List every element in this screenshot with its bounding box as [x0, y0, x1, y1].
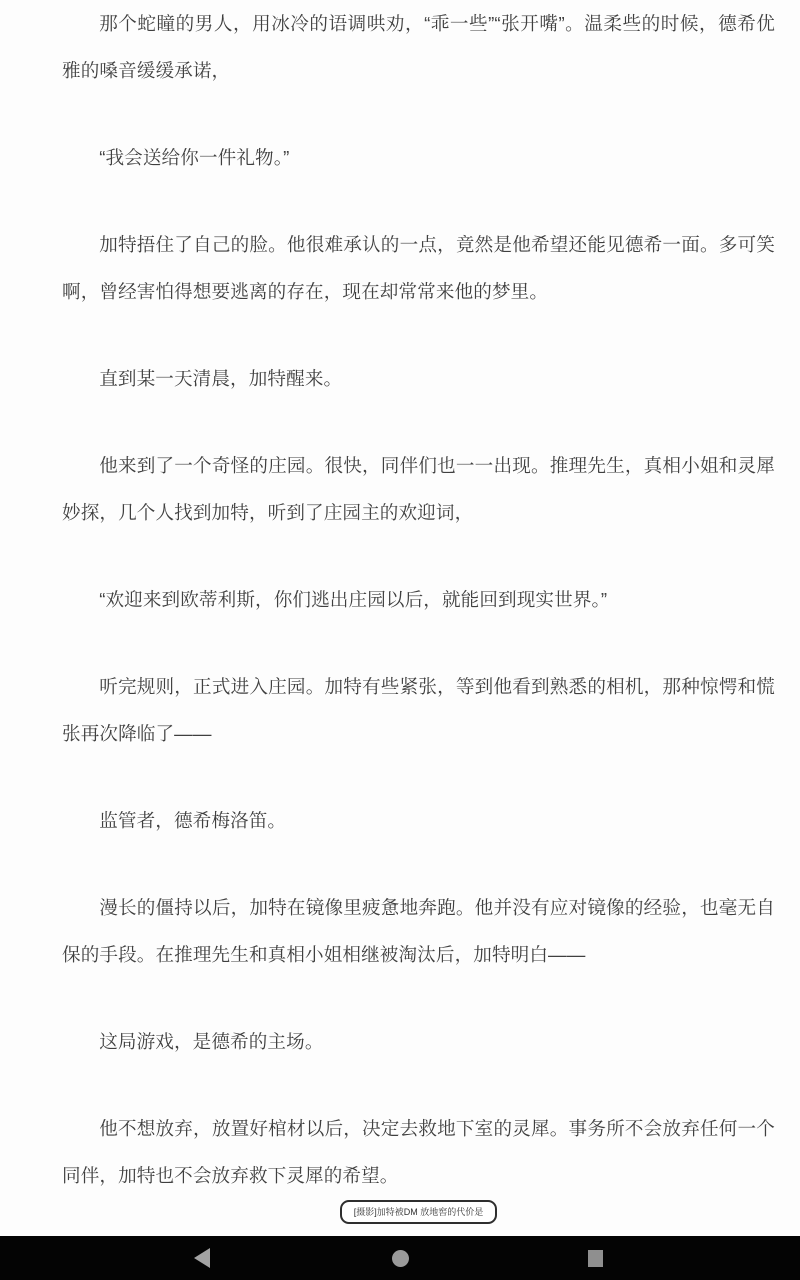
chapter-title-pill[interactable]: [摄影]加特被DM 放地窖的代价是 — [340, 1200, 498, 1224]
article-content: 那个蛇瞳的男人，用冰冷的语调哄劝，“乖一些”“张开嘴”。温柔些的时候，德希优雅的… — [0, 0, 800, 1199]
paragraph: 他不想放弃，放置好棺材以后，决定去救地下室的灵犀。事务所不会放弃任何一个同伴，加… — [62, 1105, 775, 1199]
home-circle-icon — [392, 1250, 409, 1267]
paragraph: 听完规则，正式进入庄园。加特有些紧张，等到他看到熟悉的相机，那种惊愕和慌张再次降… — [62, 663, 775, 757]
recents-square-icon — [588, 1250, 603, 1267]
paragraph: 直到某一天清晨，加特醒来。 — [62, 355, 775, 402]
home-button[interactable] — [373, 1236, 429, 1280]
android-navigation-bar — [0, 1236, 800, 1280]
back-button[interactable] — [174, 1236, 230, 1280]
recents-button[interactable] — [567, 1236, 623, 1280]
paragraph: 他来到了一个奇怪的庄园。很快，同伴们也一一出现。推理先生，真相小姐和灵犀妙探，几… — [62, 442, 775, 536]
paragraph: 漫长的僵持以后，加特在镜像里疲惫地奔跑。他并没有应对镜像的经验，也毫无自保的手段… — [62, 884, 775, 978]
paragraph: 那个蛇瞳的男人，用冰冷的语调哄劝，“乖一些”“张开嘴”。温柔些的时候，德希优雅的… — [62, 0, 775, 94]
chapter-pill-row: [摄影]加特被DM 放地窖的代价是 — [0, 1200, 800, 1224]
paragraph: 监管者，德希梅洛笛。 — [62, 797, 775, 844]
paragraph: 这局游戏，是德希的主场。 — [62, 1018, 775, 1065]
paragraph: “欢迎来到欧蒂利斯，你们逃出庄园以后，就能回到现实世界。” — [62, 576, 775, 623]
paragraph: “我会送给你一件礼物。” — [62, 134, 775, 181]
back-triangle-icon — [194, 1248, 210, 1268]
paragraph: 加特捂住了自己的脸。他很难承认的一点，竟然是他希望还能见德希一面。多可笑啊，曾经… — [62, 221, 775, 315]
